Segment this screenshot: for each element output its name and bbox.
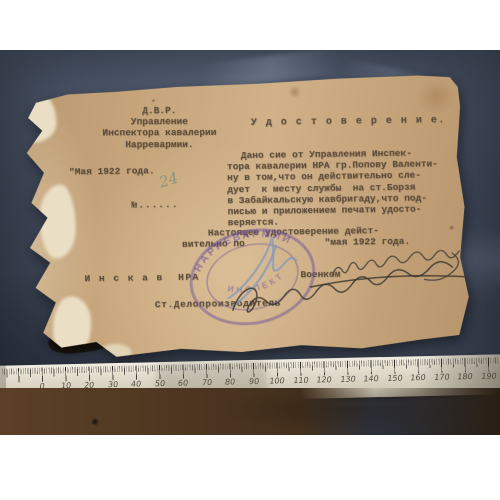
ruler-number: 150 [386,374,402,383]
torn-edge-patch [39,184,76,258]
svg-text:ИНСПЕКТ: ИНСПЕКТ [224,268,288,299]
org-header-line: Инспектора кавалерии [70,127,248,139]
voenkom-signature [332,250,459,281]
handwritten-number: 24 [157,169,180,192]
official-stamp-icon: НАРРЕВАРМИИ ИНСПЕКТ [171,204,334,350]
org-header-line: Д.В.Р. [70,105,248,117]
ruler-number: 120 [316,375,332,384]
ruler-number: 140 [363,374,379,383]
ruler-number: 130 [339,375,355,384]
ruler-number: 110 [292,376,308,385]
org-header-line: Нарревармии. [70,138,248,150]
document-title: У д о с т о в е р е н и е. [240,115,456,129]
torn-edge-patch [14,93,57,144]
ruler-number: 100 [269,376,285,385]
org-header: Д.В.Р.УправлениеИнспектора кавалерииНарр… [70,105,248,150]
wood-table-edge [0,388,500,435]
org-header-line: Управление [70,116,248,128]
torn-edge-patch [99,344,131,362]
torn-edge-patch [53,296,92,357]
photo-of-document: Д.В.Р.УправлениеИнспектора кавалерииНарр… [0,50,500,435]
number-line: №...... [131,199,178,211]
date-line: "Мая 1922 года. [69,165,155,177]
